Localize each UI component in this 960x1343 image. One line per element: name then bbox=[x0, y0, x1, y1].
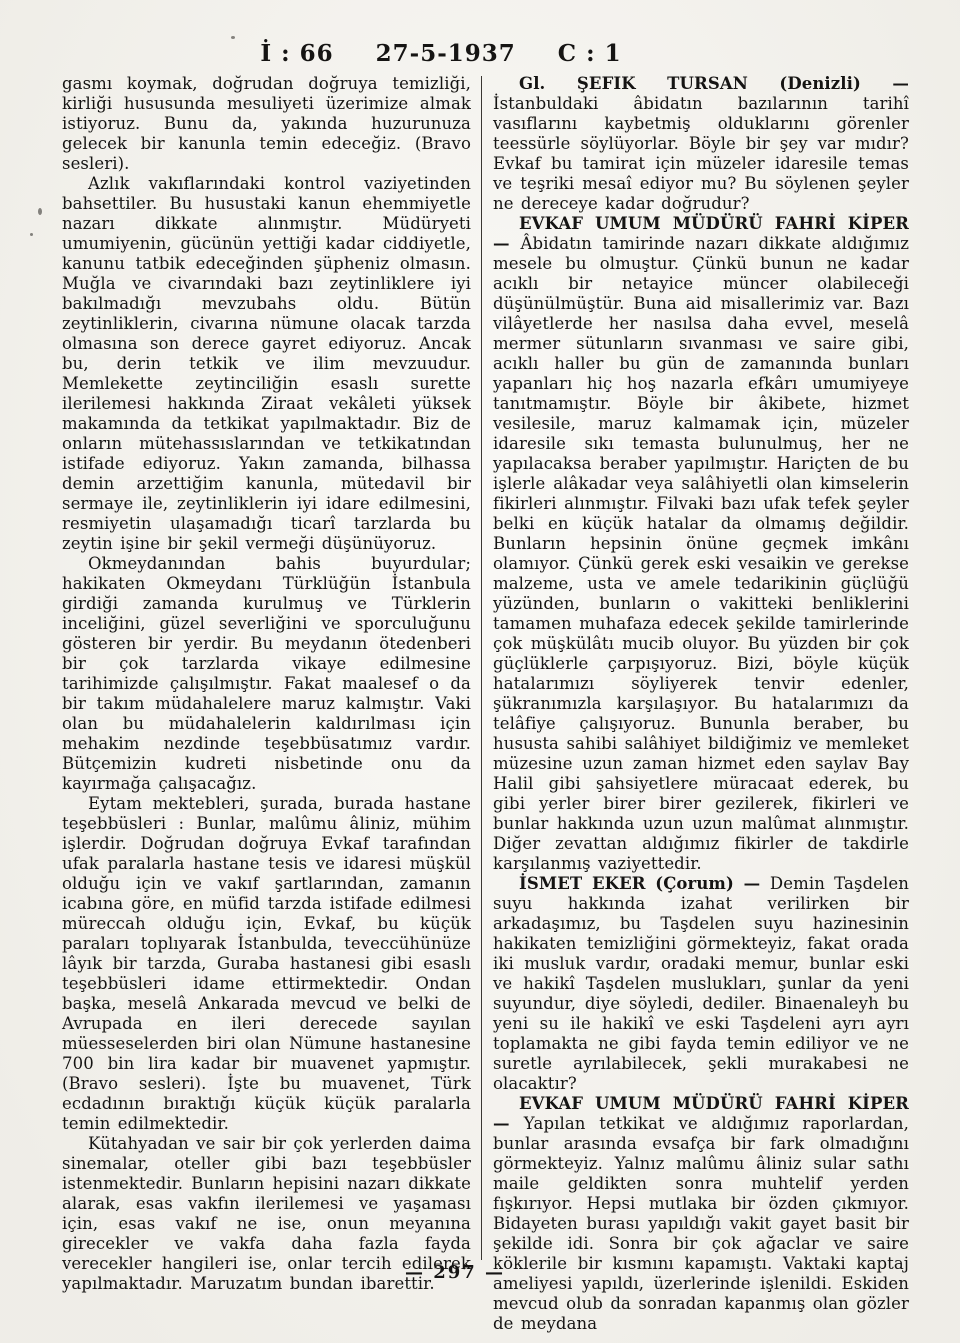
right-column: Gl. ŞEFIK TURSAN (Denizli) — İstanbuldak… bbox=[493, 74, 909, 1334]
page-header: İ : 6627-5-1937C : 1 bbox=[0, 40, 882, 67]
page-footer: — 297 — bbox=[0, 1262, 910, 1283]
paragraph: gasmı koymak, doğrudan doğruya temizliği… bbox=[62, 74, 471, 174]
scanned-page: İ : 6627-5-1937C : 1 gasmı koymak, doğru… bbox=[0, 0, 960, 1343]
paragraph: EVKAF UMUM MÜDÜRÜ FAHRİ KİPER — Âbidatın… bbox=[493, 214, 909, 874]
speaker-name: EVKAF UMUM MÜDÜRÜ FAHRİ KİPER — bbox=[493, 1094, 909, 1133]
scan-speck bbox=[231, 36, 235, 39]
sitting-number: C : 1 bbox=[558, 40, 622, 67]
scan-speck bbox=[38, 208, 42, 215]
paragraph: Eytam mektebleri, şurada, burada hastane… bbox=[62, 794, 471, 1134]
session-date: 27-5-1937 bbox=[376, 40, 516, 67]
paragraph: Gl. ŞEFIK TURSAN (Denizli) — İstanbuldak… bbox=[493, 74, 909, 214]
session-number: İ : 66 bbox=[260, 40, 333, 67]
paragraph: Azlık vakıflarındaki kontrol vaziyetinde… bbox=[62, 174, 471, 554]
speaker-name: İSMET EKER (Çorum) — bbox=[519, 874, 770, 893]
column-divider-line bbox=[481, 76, 482, 1260]
paragraph: Okmeydanından bahis buyurdular; hakikate… bbox=[62, 554, 471, 794]
speaker-name: Gl. ŞEFIK TURSAN (Denizli) — bbox=[519, 74, 909, 93]
scan-speck bbox=[30, 233, 33, 236]
paragraph: EVKAF UMUM MÜDÜRÜ FAHRİ KİPER — Yapılan … bbox=[493, 1094, 909, 1334]
speaker-name: EVKAF UMUM MÜDÜRÜ FAHRİ KİPER — bbox=[493, 214, 909, 253]
page-number: — 297 — bbox=[405, 1262, 505, 1283]
paragraph: İSMET EKER (Çorum) — Demin Taşdelen suyu… bbox=[493, 874, 909, 1094]
left-column: gasmı koymak, doğrudan doğruya temizliği… bbox=[62, 74, 471, 1294]
